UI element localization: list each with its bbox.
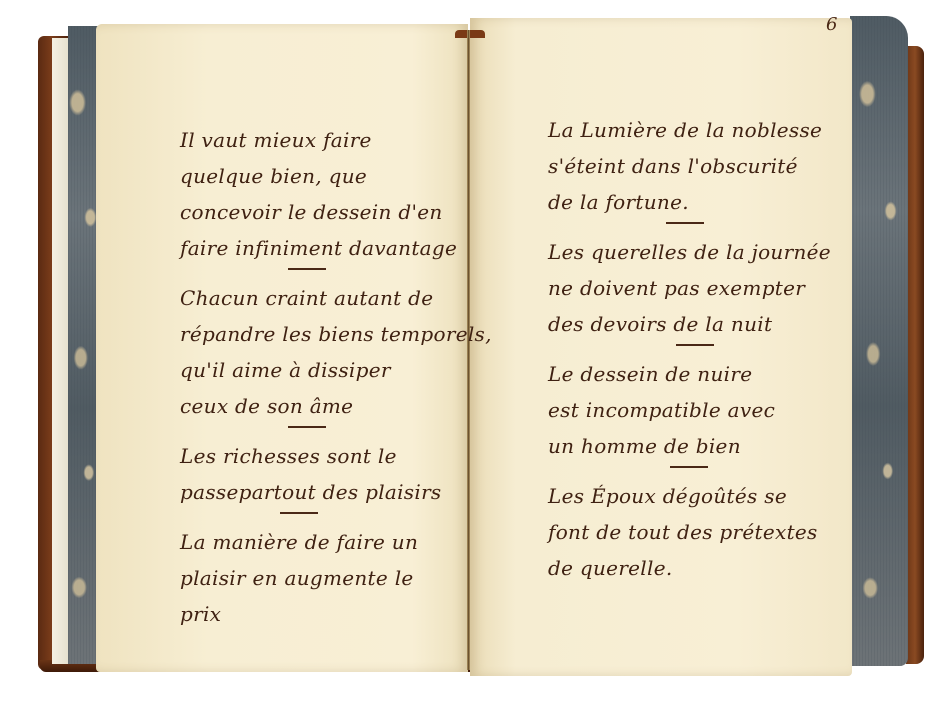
marbled-edge-right <box>850 16 908 666</box>
maxim-line: Chacun craint autant de <box>180 280 492 316</box>
open-manuscript-book: 6 Il vaut mieux faire quelque bien, que … <box>0 0 950 710</box>
maxim-line: concevoir le dessein d'en <box>180 194 492 230</box>
maxim-line: Les richesses sont le <box>180 438 492 474</box>
maxim-line: un homme de bien <box>548 428 831 464</box>
maxim-line: qu'il aime à dissiper <box>180 352 492 388</box>
separator-dash <box>280 512 318 514</box>
leather-cover-right <box>906 46 924 664</box>
maxim-line: de querelle. <box>548 550 831 586</box>
separator-dash <box>670 466 708 468</box>
maxim-line: Le dessein de nuire <box>548 356 831 392</box>
separator-dash <box>666 222 704 224</box>
maxim-line: Les Époux dégoûtés se <box>548 478 831 514</box>
spine-headband <box>455 30 485 38</box>
page-number: 6 <box>826 14 837 35</box>
maxim-line: font de tout des prétextes <box>548 514 831 550</box>
maxim: Les richesses sont le passepartout des p… <box>180 438 492 514</box>
maxim-line: quelque bien, que <box>180 158 492 194</box>
maxim-line: de la fortune. <box>548 184 831 220</box>
maxim-line: faire infiniment davantage <box>180 230 492 266</box>
maxim: La manière de faire un plaisir en augmen… <box>180 524 492 632</box>
maxim: Les Époux dégoûtés se font de tout des p… <box>548 478 831 586</box>
maxim-line: ceux de son âme <box>180 388 492 424</box>
maxim-line: La Lumière de la noblesse <box>548 112 831 148</box>
maxim: Les querelles de la journée ne doivent p… <box>548 234 831 346</box>
separator-dash <box>288 426 326 428</box>
separator-dash <box>288 268 326 270</box>
left-page-text: Il vaut mieux faire quelque bien, que co… <box>180 122 492 632</box>
maxim-line: est incompatible avec <box>548 392 831 428</box>
maxim-line: passepartout des plaisirs <box>180 474 492 510</box>
maxim-line: Les querelles de la journée <box>548 234 831 270</box>
maxim-line: répandre les biens temporels, <box>180 316 492 352</box>
maxim: Il vaut mieux faire quelque bien, que co… <box>180 122 492 270</box>
maxim-line: des devoirs de la nuit <box>548 306 831 342</box>
maxim-line: s'éteint dans l'obscurité <box>548 148 831 184</box>
page-block-edge-left <box>52 38 68 664</box>
maxim-line: prix <box>180 596 492 632</box>
maxim: La Lumière de la noblesse s'éteint dans … <box>548 112 831 224</box>
separator-dash <box>676 344 714 346</box>
maxim: Chacun craint autant de répandre les bie… <box>180 280 492 428</box>
maxim-line: Il vaut mieux faire <box>180 122 492 158</box>
right-page-text: La Lumière de la noblesse s'éteint dans … <box>548 112 831 586</box>
maxim-line: plaisir en augmente le <box>180 560 492 596</box>
maxim-line: ne doivent pas exempter <box>548 270 831 306</box>
maxim: Le dessein de nuire est incompatible ave… <box>548 356 831 468</box>
maxim-line: La manière de faire un <box>180 524 492 560</box>
